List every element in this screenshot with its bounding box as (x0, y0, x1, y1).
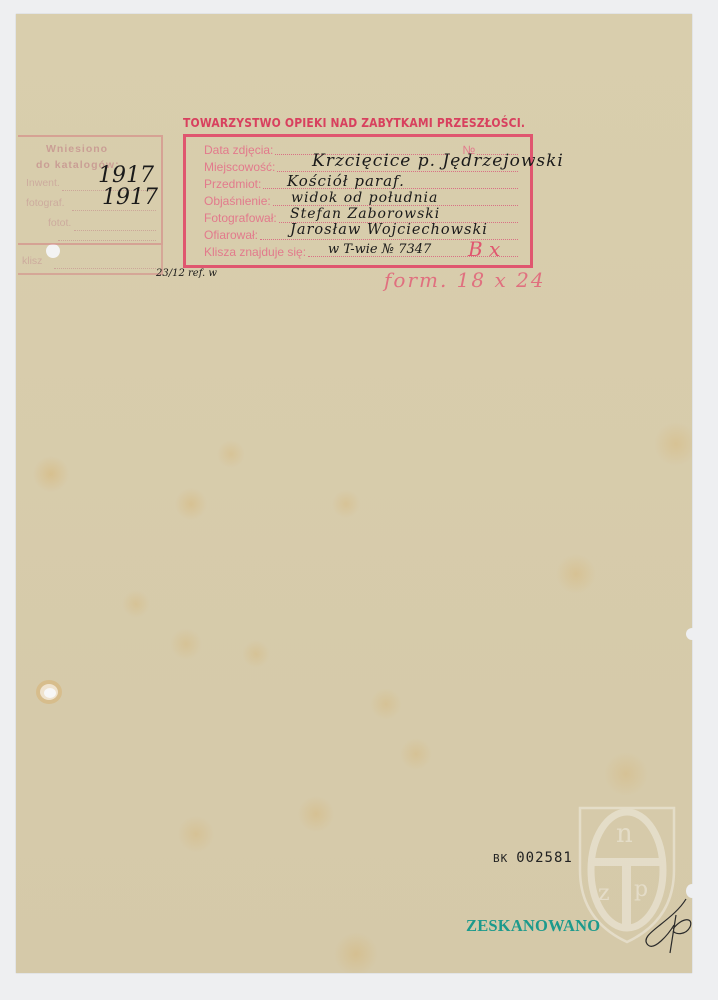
handwritten-donor: Jarosław Wojciechowski (290, 222, 488, 238)
handwritten-plate-location: w T-wie № 7347 (328, 242, 431, 257)
left-catalog-stamp: Wniesiono do katalogów: Inwent. 1917 fot… (18, 135, 163, 245)
handwritten-date-note: 23/12 ref. w (156, 268, 217, 279)
left-stamp-line (54, 267, 156, 269)
field-label: Fotografował: (204, 211, 277, 225)
handwritten-subject: Kościół paraf. (287, 172, 405, 190)
svg-text:z: z (598, 881, 610, 906)
handwritten-photographer: Stefan Zaborowski (290, 206, 440, 222)
field-label: Objaśnienie: (204, 194, 271, 208)
handwritten-fotograf-value: 1917 (102, 185, 158, 210)
handwritten-place: Krzcięcice p. Jędrzejowski (312, 151, 564, 171)
punch-hole-bottom-core (44, 688, 56, 698)
left-catalog-stamp-lower: klisz (18, 245, 163, 275)
left-stamp-label-klisz: klisz (22, 255, 42, 267)
field-label: Miejscowość: (204, 160, 275, 174)
field-label: Ofiarował: (204, 228, 258, 242)
handwritten-red-note: B x (468, 237, 500, 261)
svg-text:n: n (616, 819, 633, 849)
left-stamp-line (58, 239, 156, 241)
field-label: Przedmiot: (204, 177, 261, 191)
field-label: Data zdjęcia: (204, 143, 273, 157)
field-label: Klisza znajduje się: (204, 245, 306, 259)
scanned-stamp: ZESKANOWANO (466, 916, 600, 936)
handwritten-signature-icon (640, 895, 700, 955)
catalog-number-value: 002581 (516, 850, 573, 866)
catalog-number-prefix: BK (493, 852, 508, 865)
catalog-number: BK002581 (493, 850, 573, 866)
left-stamp-label-fotot: fotot. (48, 217, 71, 229)
left-stamp-label-inwent: Inwent. (26, 177, 60, 189)
left-stamp-label-fotograf: fotograf. (26, 197, 65, 209)
handwritten-description: widok od południa (291, 190, 438, 206)
society-stamp-header: TOWARZYSTWO OPIEKI NAD ZABYTKAMI PRZESZŁ… (183, 115, 493, 130)
edge-notch-right (686, 628, 698, 640)
handwritten-format-note: form. 18 x 24 (384, 268, 546, 292)
left-stamp-title-1: Wniesiono (46, 143, 108, 155)
left-stamp-line (74, 229, 156, 231)
